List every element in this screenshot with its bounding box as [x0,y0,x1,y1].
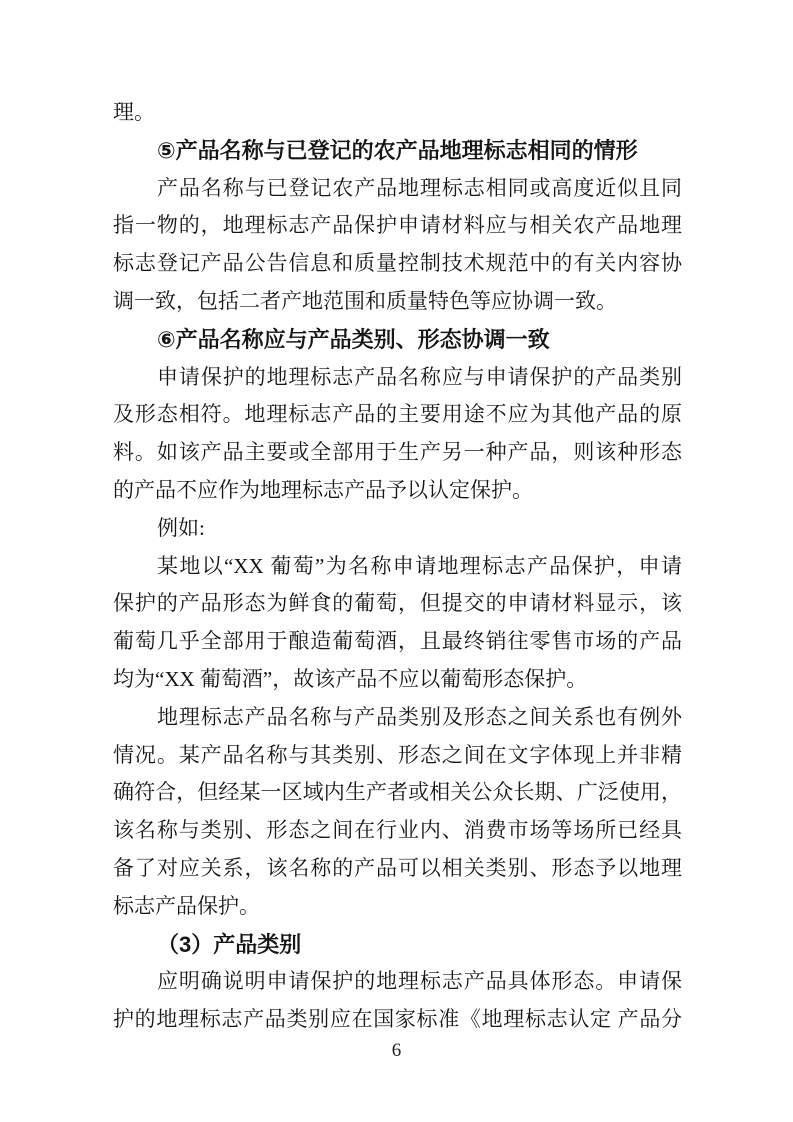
para-grape-example: 某地以“XX 葡萄”为名称申请地理标志产品保护，申请保护的产品形态为鲜食的葡萄，… [113,548,682,699]
text-line: 均为“XX 葡萄酒”，故该产品不应以葡萄形态保护。 [113,661,682,699]
text-line: 应明确说明申请保护的地理标志产品具体形态。申请保 [113,963,682,1001]
page-number: 6 [0,1036,793,1066]
document-page: 理。⑤产品名称与已登记的农产品地理标志相同的情形产品名称与已登记农产品地理标志相… [0,0,793,1122]
document-body: 理。⑤产品名称与已登记的农产品地理标志相同的情形产品名称与已登记农产品地理标志相… [113,94,682,1039]
heading-product-category: （3）产品类别 [113,926,682,964]
text-line: 标志产品保护。 [113,888,682,926]
text-line: 例如: [113,510,682,548]
text-line: 标志登记产品公告信息和质量控制技术规范中的有关内容协 [113,245,682,283]
para-exception-cases: 地理标志产品名称与产品类别及形态之间关系也有例外情况。某产品名称与其类别、形态之… [113,699,682,926]
para-continuation: 理。 [113,94,682,132]
text-line: 葡萄几乎全部用于酿造葡萄酒，且最终销往零售市场的产品 [113,623,682,661]
text-line: 护的地理标志产品类别应在国家标准《地理标志认定 产品分 [113,1001,682,1039]
text-line: 的产品不应作为地理标志产品予以认定保护。 [113,472,682,510]
text-line: 指一物的，地理标志产品保护申请材料应与相关农产品地理 [113,207,682,245]
para-registered-agri-gi: 产品名称与已登记农产品地理标志相同或高度近似且同指一物的，地理标志产品保护申请材… [113,170,682,321]
text-line: 备了对应关系，该名称的产品可以相关类别、形态予以地理 [113,850,682,888]
heading-item6: ⑥产品名称应与产品类别、形态协调一致 [113,321,682,359]
text-line: 该名称与类别、形态之间在行业内、消费市场等场所已经具 [113,812,682,850]
para-name-category-consistency: 申请保护的地理标志产品名称应与申请保护的产品类别及形态相符。地理标志产品的主要用… [113,359,682,510]
text-line: 某地以“XX 葡萄”为名称申请地理标志产品保护，申请 [113,548,682,586]
text-line: 料。如该产品主要或全部用于生产另一种产品，则该种形态 [113,434,682,472]
para-example-label: 例如: [113,510,682,548]
text-line: 调一致，包括二者产地范围和质量特色等应协调一致。 [113,283,682,321]
text-line: 产品名称与已登记农产品地理标志相同或高度近似且同 [113,170,682,208]
text-line: 保护的产品形态为鲜食的葡萄，但提交的申请材料显示，该 [113,585,682,623]
text-line: 地理标志产品名称与产品类别及形态之间关系也有例外 [113,699,682,737]
text-line: 情况。某产品名称与其类别、形态之间在文字体现上并非精 [113,737,682,775]
heading-item5: ⑤产品名称与已登记的农产品地理标志相同的情形 [113,132,682,170]
text-line: 理。 [113,94,682,132]
text-line: 申请保护的地理标志产品名称应与申请保护的产品类别 [113,359,682,397]
text-line: 及形态相符。地理标志产品的主要用途不应为其他产品的原 [113,396,682,434]
text-line: 确符合，但经某一区域内生产者或相关公众长期、广泛使用， [113,774,682,812]
para-product-category-intro: 应明确说明申请保护的地理标志产品具体形态。申请保护的地理标志产品类别应在国家标准… [113,963,682,1039]
